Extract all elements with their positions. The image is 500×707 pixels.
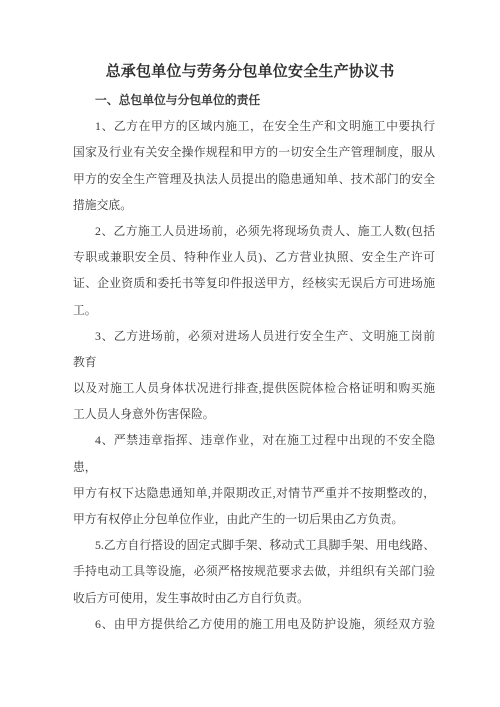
- document-title: 总承包单位与劳务分包单位安全生产协议书: [0, 61, 500, 83]
- text-line: 1、乙方在甲方的区域内施工，在安全生产和文明施工中要执行: [73, 113, 435, 139]
- text-line: 证、企业资质和委托书等复印件报送甲方，经核实无误后方可进场施: [73, 270, 435, 296]
- text-line: 甲方的安全生产管理及执法人员提出的隐患通知单、技术部门的安全: [73, 166, 435, 192]
- text-line: 国家及行业有关安全操作规程和甲方的一切安全生产管理制度，服从: [73, 139, 435, 165]
- text-line: 措施交底。: [73, 192, 435, 218]
- text-line: 甲方有权停止分包单位作业，由此产生的一切后果由乙方负责。: [73, 506, 435, 532]
- text-line: 甲方有权下达隐患通知单,并限期改正,对情节严重并不按期整改的，: [73, 480, 435, 506]
- section-heading: 一、总包单位与分包单位的责任: [73, 87, 435, 113]
- text-line: 3、乙方进场前，必须对进场人员进行安全生产、文明施工岗前: [73, 323, 435, 349]
- text-line: 工人员人身意外伤害保险。: [73, 401, 435, 427]
- text-line: 2、乙方施工人员进场前，必须先将现场负责人、施工人数(包括: [73, 218, 435, 244]
- text-line: 6、由甲方提供给乙方使用的施工用电及防护设施，须经双方验: [73, 611, 435, 637]
- document-body: 一、总包单位与分包单位的责任1、乙方在甲方的区域内施工，在安全生产和文明施工中要…: [73, 87, 435, 637]
- text-line: 4、严禁违章指挥、违章作业，对在施工过程中出现的不安全隐: [73, 427, 435, 453]
- text-line: 工。: [73, 297, 435, 323]
- document-page: 总承包单位与劳务分包单位安全生产协议书 一、总包单位与分包单位的责任1、乙方在甲…: [0, 0, 500, 707]
- text-line: 以及对施工人员身体状况进行排查,提供医院体检合格证明和购买施: [73, 375, 435, 401]
- text-line: 患，: [73, 454, 435, 480]
- text-line: 专职或兼职安全员、特种作业人员)、乙方营业执照、安全生产许可: [73, 244, 435, 270]
- text-line: 收后方可使用，发生事故时由乙方自行负责。: [73, 585, 435, 611]
- text-line: 5.乙方自行搭设的固定式脚手架、移动式工具脚手架、用电线路、: [73, 532, 435, 558]
- text-line: 手持电动工具等设施，必须严格按规范要求去做，并组织有关部门验: [73, 558, 435, 584]
- text-line: 教育: [73, 349, 435, 375]
